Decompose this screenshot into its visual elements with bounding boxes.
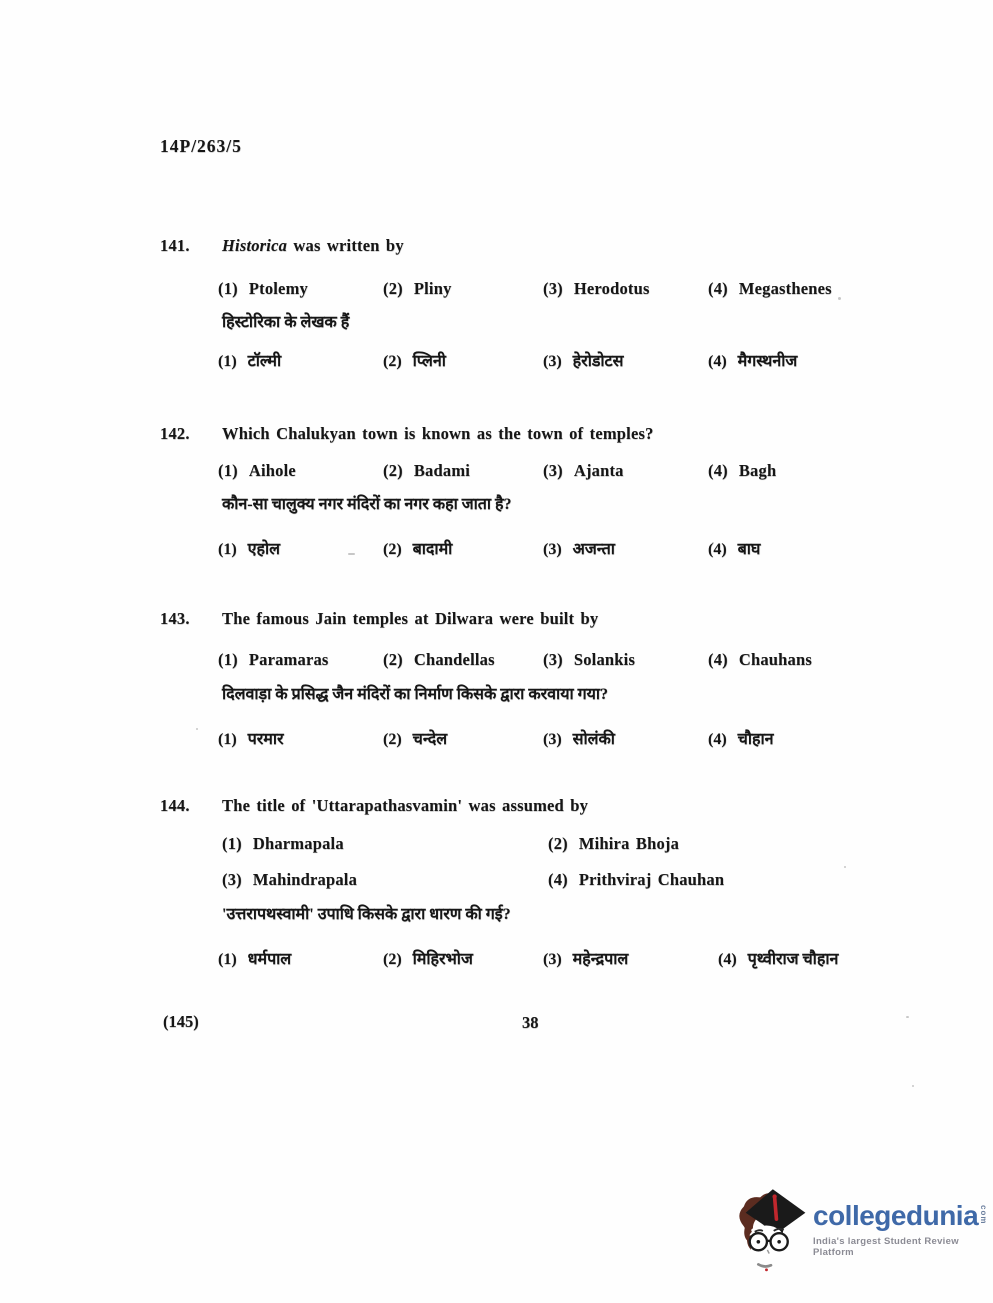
question-number: 143. [160, 609, 208, 629]
option-text: हेरोडोटस [573, 353, 624, 370]
option: (1)Paramaras [218, 650, 329, 670]
option-text: धर्मपाल [248, 951, 292, 968]
option-text: बाघ [738, 541, 761, 558]
option: (3)महेन्द्रपाल [543, 947, 628, 969]
scan-speck [196, 728, 198, 730]
options-row-hi: (1)धर्मपाल (2)मिहिरभोज (3)महेन्द्रपाल (4… [0, 947, 993, 971]
option-text: बादामी [413, 541, 453, 558]
option-label: (1) [218, 951, 237, 969]
question-number: 141. [160, 236, 208, 256]
option-label: (4) [548, 870, 568, 890]
option-label: (3) [543, 650, 563, 670]
option: (2)मिहिरभोज [383, 947, 473, 969]
brand-name: collegedunia [813, 1202, 978, 1230]
option-text: महेन्द्रपाल [573, 951, 629, 968]
option: (3)Solankis [543, 650, 635, 670]
option-label: (4) [708, 279, 728, 299]
option-label: (2) [383, 279, 403, 299]
options-row-hi: (1)परमार (2)चन्देल (3)सोलंकी (4)चौहान [0, 727, 993, 751]
option-text: Chauhans [739, 650, 812, 669]
logo-text: collegedunia com India's largest Student… [813, 1202, 991, 1258]
option-text: Badami [414, 461, 470, 480]
option-label: (2) [383, 731, 402, 749]
brand-tagline: India's largest Student Review Platform [813, 1236, 991, 1258]
scan-speck [906, 1016, 909, 1018]
option-text: Mihira Bhoja [579, 834, 679, 853]
option: (3)Mahindrapala [222, 870, 357, 890]
options-row-hi: (1)टॉल्मी (2)प्लिनी (3)हेरोडोटस (4)मैगस्… [0, 349, 993, 373]
option-label: (1) [218, 731, 237, 749]
option-text: Herodotus [574, 279, 650, 298]
option-text: पृथ्वीराज चौहान [748, 951, 839, 968]
option: (2)चन्देल [383, 727, 447, 749]
option-label: (4) [708, 541, 727, 559]
option-text: Dharmapala [253, 834, 344, 853]
question-italic-term: Historica [222, 236, 287, 255]
option-label: (1) [218, 650, 238, 670]
option: (1)Ptolemy [218, 279, 308, 299]
option: (1)Dharmapala [222, 834, 344, 854]
option-text: एहोल [248, 541, 280, 558]
question-number: 142. [160, 424, 208, 444]
option-label: (3) [543, 731, 562, 749]
option-label: (2) [548, 834, 568, 854]
option-text: टॉल्मी [248, 353, 281, 370]
option-text: Paramaras [249, 650, 329, 669]
option: (2)प्लिनी [383, 349, 446, 371]
option: (4)Megasthenes [708, 279, 832, 299]
option: (1)टॉल्मी [218, 349, 281, 371]
option-label: (1) [218, 541, 237, 559]
option: (1)परमार [218, 727, 284, 749]
options-row-hi: (1)एहोल (2)बादामी (3)अजन्ता (4)बाघ [0, 537, 993, 561]
option-label: (3) [222, 870, 242, 890]
question-rest: was written by [287, 236, 404, 255]
option-text: चौहान [738, 731, 774, 748]
option: (2)Mihira Bhoja [548, 834, 679, 854]
question-text-hi: हिस्टोरिका के लेखक हैं [222, 310, 349, 332]
option-text: अजन्ता [573, 541, 615, 558]
brand-domain: com [979, 1205, 988, 1224]
option: (2)Pliny [383, 279, 452, 299]
option: (1)एहोल [218, 537, 280, 559]
question-text-hi: कौन-सा चालुक्य नगर मंदिरों का नगर कहा जा… [222, 492, 512, 514]
option: (2)Badami [383, 461, 470, 481]
collegedunia-logo: collegedunia com India's largest Student… [733, 1186, 991, 1274]
option-label: (3) [543, 541, 562, 559]
question-text-en: The famous Jain temples at Dilwara were … [222, 609, 598, 629]
option-text: Megasthenes [739, 279, 832, 298]
option: (2)Chandellas [383, 650, 495, 670]
option: (3)हेरोडोटस [543, 349, 623, 371]
option-label: (2) [383, 650, 403, 670]
option-text: Prithviraj Chauhan [579, 870, 724, 889]
option-text: Aihole [249, 461, 296, 480]
option-text: Solankis [574, 650, 635, 669]
option-text: Bagh [739, 461, 776, 480]
option: (4)चौहान [708, 727, 773, 749]
option-label: (3) [543, 461, 563, 481]
option: (3)सोलंकी [543, 727, 615, 749]
question-text-en: The title of 'Uttarapathasvamin' was ass… [222, 796, 588, 816]
paper-code: 14P/263/5 [160, 136, 242, 157]
scan-speck [844, 866, 846, 868]
option-text: Ajanta [574, 461, 624, 480]
option: (4)Bagh [708, 461, 776, 481]
option: (3)Ajanta [543, 461, 624, 481]
question-text-en: Historica was written by [222, 236, 404, 256]
question-number: 144. [160, 796, 208, 816]
option-text: मैगस्थनीज [738, 353, 798, 370]
option-text: Chandellas [414, 650, 495, 669]
option-label: (2) [383, 951, 402, 969]
option-label: (4) [708, 461, 728, 481]
option-label: (4) [718, 951, 737, 969]
option: (3)अजन्ता [543, 537, 615, 559]
option: (4)Chauhans [708, 650, 812, 670]
question-text-hi: 'उत्तरापथस्वामी' उपाधि किसके द्वारा धारण… [222, 902, 511, 924]
option: (3)Herodotus [543, 279, 650, 299]
option-text: Mahindrapala [253, 870, 357, 889]
option-label: (2) [383, 353, 402, 371]
option-label: (3) [543, 353, 562, 371]
question-text-hi: दिलवाड़ा के प्रसिद्ध जैन मंदिरों का निर्… [222, 682, 608, 704]
option-text: मिहिरभोज [413, 951, 473, 968]
question-text-en: Which Chalukyan town is known as the tow… [222, 424, 654, 444]
option: (1)धर्मपाल [218, 947, 291, 969]
options-row-en: (1)Ptolemy (2)Pliny (3)Herodotus (4)Mega… [0, 279, 993, 303]
option-label: (2) [383, 461, 403, 481]
option-text: चन्देल [413, 731, 447, 748]
option-text: Pliny [414, 279, 452, 298]
option: (1)Aihole [218, 461, 296, 481]
scan-speck [912, 1085, 914, 1087]
exam-paper-page: 14P/263/5 141. Historica was written by … [0, 0, 993, 1303]
options-row-en: (1)Paramaras (2)Chandellas (3)Solankis (… [0, 650, 993, 674]
option-label: (4) [708, 650, 728, 670]
option: (4)Prithviraj Chauhan [548, 870, 724, 890]
scan-speck [712, 542, 714, 544]
option-label: (1) [218, 353, 237, 371]
option-label: (4) [708, 731, 727, 749]
option-label: (2) [383, 541, 402, 559]
option-label: (1) [218, 279, 238, 299]
options-row-en: (1)Aihole (2)Badami (3)Ajanta (4)Bagh [0, 461, 993, 485]
booklet-series: (145) [163, 1012, 199, 1032]
option-text: प्लिनी [413, 353, 446, 370]
collegedunia-mascot-icon [733, 1187, 809, 1273]
option: (4)पृथ्वीराज चौहान [718, 947, 838, 969]
option-text: परमार [248, 731, 284, 748]
scan-speck [838, 297, 841, 300]
options-row-en: (1)Dharmapala (2)Mihira Bhoja [0, 834, 993, 858]
page-number: 38 [522, 1013, 539, 1033]
option-label: (3) [543, 279, 563, 299]
option-text: सोलंकी [573, 731, 615, 748]
scan-speck [348, 553, 355, 555]
option-text: Ptolemy [249, 279, 308, 298]
option: (2)बादामी [383, 537, 452, 559]
option: (4)बाघ [708, 537, 760, 559]
option-label: (1) [218, 461, 238, 481]
option-label: (4) [708, 353, 727, 371]
options-row-en: (3)Mahindrapala (4)Prithviraj Chauhan [0, 870, 993, 894]
option: (4)मैगस्थनीज [708, 349, 797, 371]
option-label: (3) [543, 951, 562, 969]
option-label: (1) [222, 834, 242, 854]
